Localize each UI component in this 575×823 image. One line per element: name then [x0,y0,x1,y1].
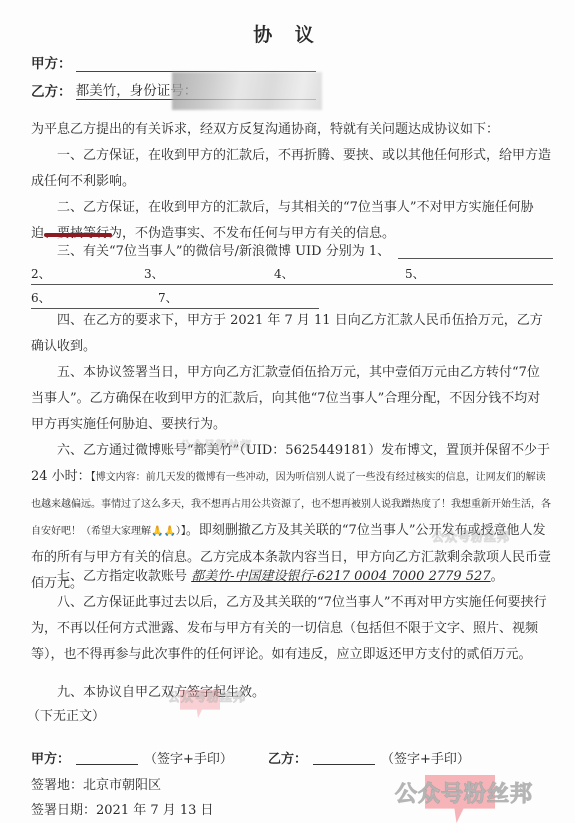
uid-slot-6: 6、 [31,289,51,306]
signing-date: 签署日期：2021 年 7 月 13 日 [31,799,214,818]
signing-place: 签署地：北京市朝阳区 [31,774,161,793]
redacted-id-number [172,72,322,110]
watermark-top: 公众号粉丝邦 [180,437,252,453]
sig-party-b-label: 乙方： [268,752,307,767]
party-b-label: 乙方： [31,84,72,100]
clause-5: 五、本协议签署当日，甲方向乙方汇款壹佰伍拾万元，其中壹佰万元由乙方转付“7位当事… [31,360,551,438]
clause-4: 四、在乙方的要求下，甲方于 2021 年 7 月 11 日向乙方汇款人民币伍拾万… [31,308,551,360]
clause-1: 一、乙方保证，在收到甲方的汇款后，不再折腾、要挟、或以其他任何形式，给甲方造成任… [31,143,551,195]
party-a-label: 甲方： [31,56,72,72]
clause-7-end: 。 [491,569,504,584]
weibo-post-quote-end: ）】 [176,526,186,537]
uid-row-2: 6、 7、 [31,286,319,309]
red-underline-mark [44,233,112,237]
bank-account: 都美竹-中国建设银行-6217 0004 7000 2779 527 [191,569,490,584]
party-b-signature: 乙方：（签字+手印） [268,748,470,767]
preamble: 为平息乙方提出的有关诉求，经双方反复沟通协商，特就有关问题达成协议如下： [31,117,551,143]
watermark-right: 公众号粉丝邦 [432,528,510,545]
pray-emoji-icon: 🙏🙏 [151,526,176,537]
uid-slot-2: 2、 [31,265,51,282]
clause-9: 九、本协议自甲乙双方签字起生效。 [31,680,551,706]
watermark-bottom: 公众号粉丝邦 [395,777,533,808]
uid-slot-4: 4、 [274,265,294,282]
sig-party-a-suffix: （签字+手印） [144,752,233,767]
uid-slot-5: 5、 [405,265,425,282]
party-a-line: 甲方： [31,52,316,72]
sig-party-b-suffix: （签字+手印） [381,752,470,767]
uid-slot-7: 7、 [158,289,178,306]
clause-7-intro: 七、乙方指定收款账号 [57,569,191,584]
clause-8: 八、乙方保证此事过去以后，乙方及其关联的“7位当事人”不再对甲方实施任何要挟行为… [31,590,551,668]
agreement-page: 协 议 甲方： 乙方： 都美竹，身份证号： 为平息乙方提出的有关诉求，经双方反复… [0,0,575,823]
uid-1-blank [398,258,553,259]
watermark-mid: 公众号粉丝邦 [168,688,246,705]
end-note: （下无正文） [27,704,547,730]
document-title: 协 议 [0,20,575,47]
uid-row-1: 2、 3、 4、 5、 [31,262,553,285]
sig-party-a-blank [76,764,138,765]
sig-party-b-blank [313,764,375,765]
sig-party-a-label: 甲方： [31,752,70,767]
clause-7: 七、乙方指定收款账号 都美竹-中国建设银行-6217 0004 7000 277… [31,564,551,590]
party-a-signature: 甲方：（签字+手印） [31,748,233,767]
uid-slot-3: 3、 [144,265,164,282]
